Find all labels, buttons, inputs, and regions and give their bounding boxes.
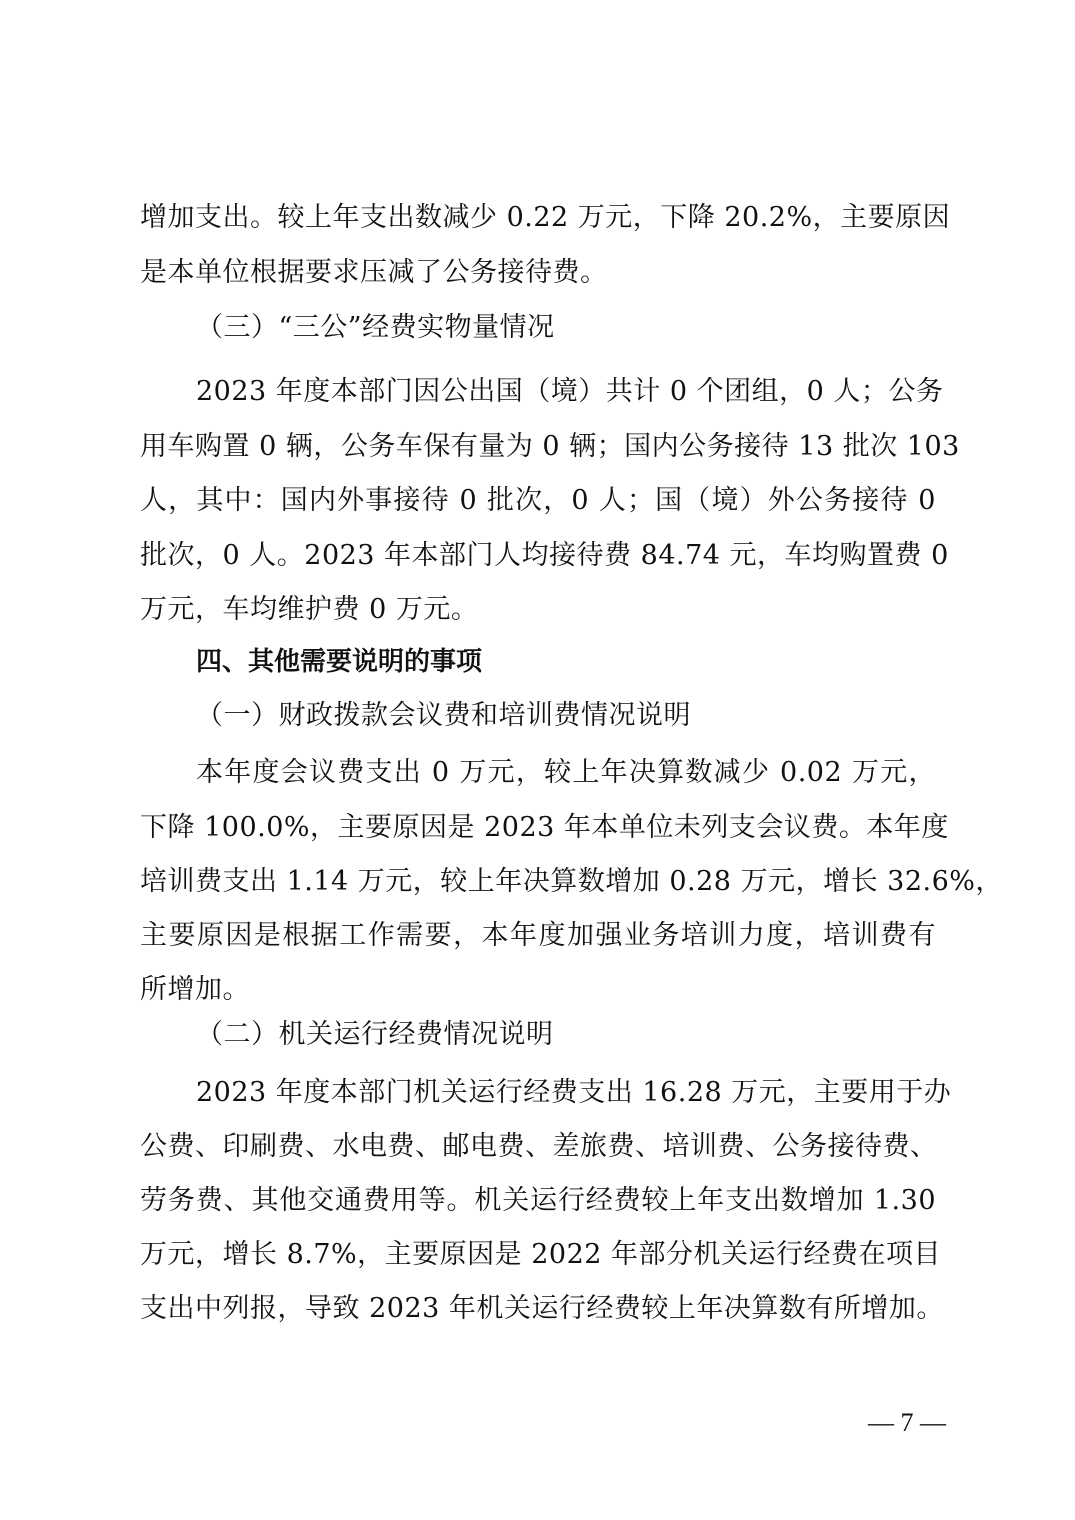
document-page: 增加支出。较上年支出数减少 0.22 万元，下降 20.2%，主要原因 是本单位… bbox=[0, 0, 1075, 1520]
subsection-heading-2: （二）机关运行经费情况说明 bbox=[196, 1015, 936, 1055]
body-text-line: 用车购置 0 辆，公务车保有量为 0 辆；国内公务接待 13 批次 103 bbox=[140, 427, 936, 467]
body-text-line: 批次，0 人。2023 年本部门人均接待费 84.74 元，车均购置费 0 bbox=[140, 536, 936, 576]
body-text-line: 主要原因是根据工作需要，本年度加强业务培训力度，培训费有 bbox=[140, 916, 936, 956]
page-number: — 7 — bbox=[868, 1403, 946, 1443]
body-text-line: 人，其中：国内外事接待 0 批次，0 人；国（境）外公务接待 0 bbox=[140, 481, 936, 521]
body-text-line: 所增加。 bbox=[140, 970, 936, 1010]
body-text-line: 2023 年度本部门机关运行经费支出 16.28 万元，主要用于办 bbox=[196, 1073, 936, 1113]
section-heading-4: 四、其他需要说明的事项 bbox=[196, 642, 936, 682]
subsection-heading-1: （一）财政拨款会议费和培训费情况说明 bbox=[196, 696, 936, 736]
body-text-line: 培训费支出 1.14 万元，较上年决算数增加 0.28 万元，增长 32.6%， bbox=[140, 862, 936, 902]
body-text-line: 万元，增长 8.7%，主要原因是 2022 年部分机关运行经费在项目 bbox=[140, 1235, 936, 1275]
body-text-line: 下降 100.0%，主要原因是 2023 年本单位未列支会议费。本年度 bbox=[140, 808, 936, 848]
body-text-line: 2023 年度本部门因公出国（境）共计 0 个团组，0 人；公务 bbox=[196, 372, 936, 412]
body-text-line: 支出中列报，导致 2023 年机关运行经费较上年决算数有所增加。 bbox=[140, 1289, 936, 1329]
body-text-line: 劳务费、其他交通费用等。机关运行经费较上年支出数增加 1.30 bbox=[140, 1181, 936, 1221]
body-text-line: 是本单位根据要求压减了公务接待费。 bbox=[140, 253, 936, 293]
subsection-heading-3: （三）“三公”经费实物量情况 bbox=[196, 308, 936, 348]
body-text-line: 公费、印刷费、水电费、邮电费、差旅费、培训费、公务接待费、 bbox=[140, 1127, 936, 1167]
body-text-line: 万元，车均维护费 0 万元。 bbox=[140, 590, 936, 630]
body-text-line: 本年度会议费支出 0 万元，较上年决算数减少 0.02 万元， bbox=[196, 753, 936, 793]
body-text-line: 增加支出。较上年支出数减少 0.22 万元，下降 20.2%，主要原因 bbox=[140, 198, 936, 238]
